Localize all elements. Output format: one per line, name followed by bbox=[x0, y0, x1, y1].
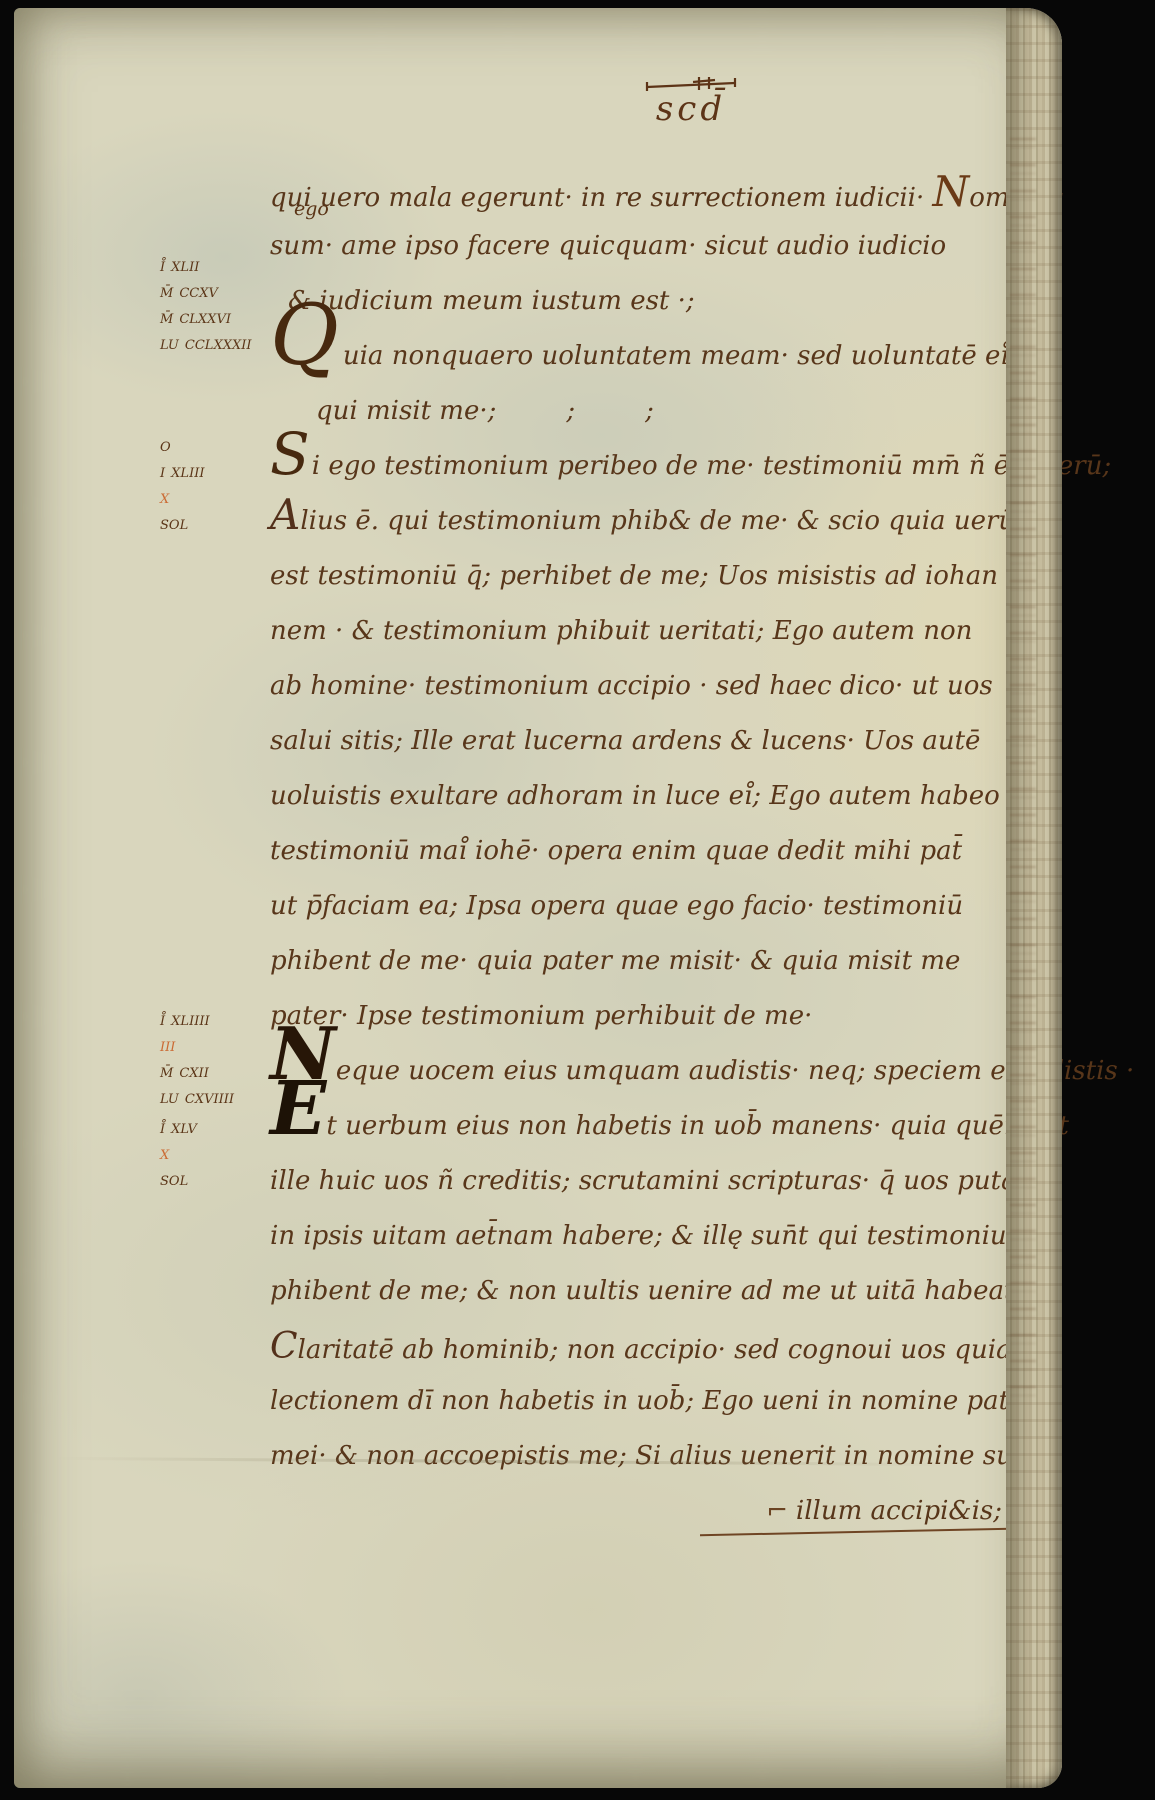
text-line: qui misit me·;;; bbox=[270, 384, 1016, 439]
running-title: scd̄ bbox=[626, 74, 756, 124]
text-segment: ⌐ bbox=[766, 1496, 788, 1526]
margin-note: lu cxviiii bbox=[160, 1084, 280, 1110]
initial-letter: N bbox=[933, 167, 970, 216]
text-line: ille huic uos ñ creditis; scrutamini scr… bbox=[270, 1154, 1016, 1209]
margin-note: sol bbox=[160, 1166, 280, 1192]
text-block: ego qui uero mala egerunt· in re surrect… bbox=[270, 164, 1016, 1539]
text-line: sum· ame ipso facere quicquam· sicut aud… bbox=[270, 219, 1016, 274]
text-segment: t uerbum eius non habetis in uob̄ manens… bbox=[326, 1111, 1069, 1141]
margin-note: sol bbox=[160, 510, 280, 536]
margin-note: lu cclxxxii bbox=[160, 330, 280, 356]
text-line: Si ego testimonium peribeo de me· testim… bbox=[270, 439, 1016, 494]
text-line: uoluistis exultare adhoram in luce ei̊; … bbox=[270, 769, 1016, 824]
text-segment: uia nonquaero uoluntatem meam· sed uolun… bbox=[343, 341, 1009, 371]
text-segment: i ego testimonium peribeo de me· testimo… bbox=[312, 451, 1112, 481]
margin-notes-group-3: i̊ xliiiiiiim̄ cxiilu cxviiii bbox=[160, 1006, 280, 1110]
text-segment: laritatē ab hominib; non accipio· sed co… bbox=[298, 1335, 1045, 1365]
text-segment: qui misit me·; bbox=[316, 396, 496, 426]
fore-edge-text-bleed bbox=[1010, 138, 1036, 1398]
text-segment: mei· & non accoepistis me; Si alius uene… bbox=[270, 1441, 1037, 1471]
text-line: Claritatē ab hominib; non accipio· sed c… bbox=[270, 1319, 1016, 1374]
margin-note: m̄ clxxvi bbox=[160, 304, 280, 330]
manuscript-page: scd̄ i̊ xliim̄ ccxvm̄ clxxvilu cclxxxii … bbox=[14, 8, 1062, 1788]
margin-notes-group-1: i̊ xliim̄ ccxvm̄ clxxvilu cclxxxii bbox=[160, 252, 280, 356]
text-line: est testimoniū q̄; perhibet de me; Uos m… bbox=[270, 549, 1016, 604]
text-segment: pater· Ipse testimonium perhibuit de me· bbox=[270, 1001, 812, 1031]
text-segment: lius ē. qui testimonium phib& de me· & s… bbox=[300, 506, 1015, 536]
initial-letter: S bbox=[270, 420, 310, 488]
text-line: Quia nonquaero uoluntatem meam· sed uolu… bbox=[270, 329, 1016, 384]
text-segment: ; bbox=[566, 396, 575, 426]
text-line: testimoniū mai̊ iohē· opera enim quae de… bbox=[270, 824, 1016, 879]
margin-note: i̊ xlii bbox=[160, 252, 280, 278]
margin-note: i̊ xliiii bbox=[160, 1006, 280, 1032]
initial-letter: Q bbox=[270, 286, 339, 384]
text-line: ab homine· testimonium accipio · sed hae… bbox=[270, 659, 1016, 714]
text-segment: lectionem dī non habetis in uob̄; Ego u… bbox=[270, 1386, 1043, 1416]
fore-edge-of-following-folios bbox=[1006, 8, 1062, 1788]
text-line: & iudicium meum iustum est ·; bbox=[270, 274, 1016, 329]
text-segment: ille huic uos ñ creditis; scrutamini scr… bbox=[270, 1166, 1049, 1196]
margin-notes-group-2: oi xliiixsol bbox=[160, 432, 280, 536]
text-segment: ut p̄faciam ea; Ipsa opera quae ego faci… bbox=[270, 891, 963, 921]
initial-letter: C bbox=[270, 1326, 298, 1367]
text-segment: phibent de me· quia pater me misit· & qu… bbox=[270, 946, 960, 976]
margin-note: m̄ ccxv bbox=[160, 278, 280, 304]
margin-note: i xliii bbox=[160, 458, 280, 484]
margin-note: x bbox=[160, 1140, 280, 1166]
margin-note: x bbox=[160, 484, 280, 510]
text-line: nem · & testimonium phibuit ueritati; Eg… bbox=[270, 604, 1016, 659]
text-line: ⌐illum accipi&is; bbox=[270, 1484, 1016, 1539]
text-segment: illum accipi&is; bbox=[796, 1496, 1002, 1526]
text-segment: & iudicium meum iustum est ·; bbox=[288, 286, 695, 316]
text-segment: salui sitis; Ille erat lucerna ardens & … bbox=[270, 726, 980, 756]
initial-letter: A bbox=[270, 490, 300, 539]
margin-note: iii bbox=[160, 1032, 280, 1058]
screenshot-root: { "page": { "running_title": "scd\u0304"… bbox=[0, 0, 1155, 1800]
running-title-text: scd̄ bbox=[656, 94, 726, 124]
text-line: lectionem dī non habetis in uob̄; Ego u… bbox=[270, 1374, 1016, 1429]
text-line: mei· & non accoepistis me; Si alius uene… bbox=[270, 1429, 1016, 1484]
text-line: Neque uocem eius umquam audistis· neq; s… bbox=[270, 1044, 1016, 1099]
text-line: phibent de me· quia pater me misit· & qu… bbox=[270, 934, 1016, 989]
text-segment: ab homine· testimonium accipio · sed hae… bbox=[270, 671, 993, 701]
text-line: in ipsis uitam aet̄nam habere; & illę su… bbox=[270, 1209, 1016, 1264]
text-segment: phibent de me; & non uultis uenire ad me… bbox=[270, 1276, 1053, 1306]
text-line: phibent de me; & non uultis uenire ad me… bbox=[270, 1264, 1016, 1319]
text-line: Alius ē. qui testimonium phib& de me· & … bbox=[270, 494, 1016, 549]
text-line: qui uero mala egerunt· in re surrectione… bbox=[270, 164, 1016, 219]
text-segment: sum· ame ipso facere quicquam· sicut aud… bbox=[270, 231, 946, 261]
text-segment: qui uero mala egerunt· in re surrectione… bbox=[270, 183, 933, 213]
text-line: Et uerbum eius non habetis in uob̄ manen… bbox=[270, 1099, 1016, 1154]
text-line: ut p̄faciam ea; Ipsa opera quae ego faci… bbox=[270, 879, 1016, 934]
initial-letter: E bbox=[270, 1066, 326, 1152]
margin-note: m̄ cxii bbox=[160, 1058, 280, 1084]
text-segment: uoluistis exultare adhoram in luce ei̊; … bbox=[270, 781, 1000, 811]
margin-notes-group-4: i̊ xlvxsol bbox=[160, 1114, 280, 1192]
text-segment: est testimoniū q̄; perhibet de me; Uos m… bbox=[270, 561, 998, 591]
text-segment: nem · & testimonium phibuit ueritati; Eg… bbox=[270, 616, 972, 646]
text-line: salui sitis; Ille erat lucerna ardens & … bbox=[270, 714, 1016, 769]
text-segment: in ipsis uitam aet̄nam habere; & illę su… bbox=[270, 1221, 1031, 1251]
text-line: pater· Ipse testimonium perhibuit de me· bbox=[270, 989, 1016, 1044]
margin-note: o bbox=[160, 432, 280, 458]
margin-note: i̊ xlv bbox=[160, 1114, 280, 1140]
text-segment: ; bbox=[645, 396, 654, 426]
text-segment: testimoniū mai̊ iohē· opera enim quae de… bbox=[270, 836, 962, 866]
